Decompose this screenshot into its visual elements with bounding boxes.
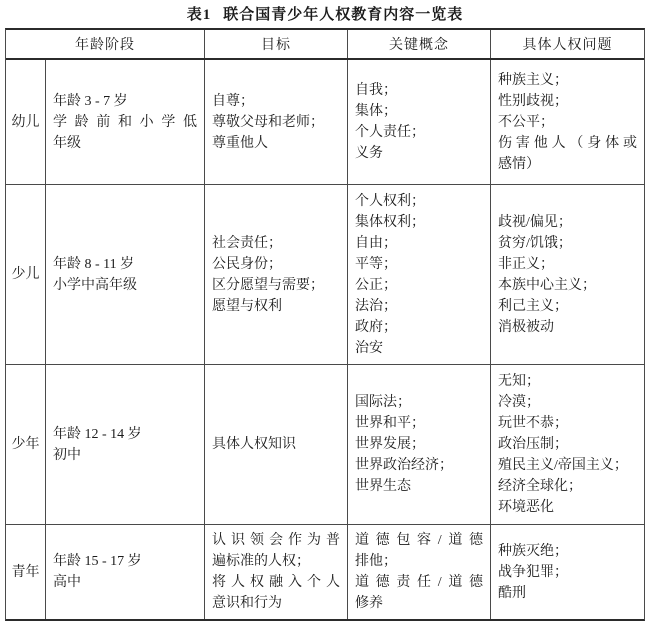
cell-line: 学龄前和小学低 — [53, 112, 197, 133]
header-goal: 目标 — [204, 30, 347, 58]
table: 年龄阶段 目标 关键概念 具体人权问题 幼儿年龄 3 - 7 岁学龄前和小学低年… — [5, 28, 645, 621]
cell-line: 意识和行为 — [212, 593, 340, 614]
cell-line: 道德包容/道德 — [355, 530, 483, 551]
cell-line: 种族主义； — [498, 70, 637, 91]
cell-line: 歧视/偏见； — [498, 212, 637, 233]
cell-line: 尊敬父母和老师； — [212, 112, 340, 133]
cell-line: 感情） — [498, 154, 637, 175]
cell-line: 将人权融入个人 — [212, 572, 340, 593]
cell-goal: 具体人权知识 — [204, 365, 347, 524]
header-key-concepts: 关键概念 — [347, 30, 490, 58]
cell-age: 年龄 12 - 14 岁初中 — [45, 365, 204, 524]
cell-line: 具体人权知识 — [212, 434, 340, 455]
table-row: 幼儿年龄 3 - 7 岁学龄前和小学低年级自尊；尊敬父母和老师；尊重他人自我；集… — [6, 60, 644, 185]
header-age-stage: 年龄阶段 — [6, 30, 204, 58]
cell-goal: 自尊；尊敬父母和老师；尊重他人 — [204, 60, 347, 184]
cell-line: 经济全球化； — [498, 476, 637, 497]
cell-line: 消极被动 — [498, 317, 637, 338]
cell-line: 本族中心主义； — [498, 275, 637, 296]
cell-line: 法治； — [355, 296, 483, 317]
cell-age: 年龄 15 - 17 岁高中 — [45, 525, 204, 619]
stage-text: 少年 — [12, 434, 40, 455]
cell-line: 政府； — [355, 317, 483, 338]
cell-line: 殖民主义/帝国主义； — [498, 455, 637, 476]
cell-age: 年龄 3 - 7 岁学龄前和小学低年级 — [45, 60, 204, 184]
cell-line: 战争犯罪； — [498, 562, 637, 583]
cell-issue: 种族主义；性别歧视；不公平；伤害他人（身体或感情） — [490, 60, 644, 184]
cell-line: 愿望与权利 — [212, 296, 340, 317]
cell-line: 小学中高年级 — [53, 275, 197, 296]
cell-issue: 无知；冷漠；玩世不恭；政治压制；殖民主义/帝国主义；经济全球化；环境恶化 — [490, 365, 644, 524]
cell-line: 初中 — [53, 445, 197, 466]
cell-concept: 个人权利；集体权利；自由；平等；公正；法治；政府；治安 — [347, 185, 490, 364]
cell-line: 环境恶化 — [498, 497, 637, 518]
cell-line: 不公平； — [498, 112, 637, 133]
table-header-row: 年龄阶段 目标 关键概念 具体人权问题 — [6, 30, 644, 60]
row-stage-label: 幼儿 — [6, 60, 45, 184]
row-stage-label: 少年 — [6, 365, 45, 524]
cell-concept: 道德包容/道德排他；道德责任/道德修养 — [347, 525, 490, 619]
cell-line: 世界政治经济； — [355, 455, 483, 476]
cell-line: 义务 — [355, 143, 483, 164]
cell-line: 伤害他人（身体或 — [498, 133, 637, 154]
table-title-tag: 表1 — [187, 7, 212, 23]
cell-line: 自尊； — [212, 91, 340, 112]
cell-line: 年龄 8 - 11 岁 — [53, 254, 197, 275]
table-row: 青年年龄 15 - 17 岁高中认识领会作为普遍标准的人权；将人权融入个人意识和… — [6, 525, 644, 619]
cell-line: 修养 — [355, 593, 483, 614]
cell-line: 世界生态 — [355, 476, 483, 497]
table-title: 表1联合国青少年人权教育内容一览表 — [0, 0, 650, 23]
cell-line: 集体； — [355, 101, 483, 122]
cell-line: 贫穷/饥饿； — [498, 233, 637, 254]
cell-line: 年级 — [53, 133, 197, 154]
cell-line: 自由； — [355, 233, 483, 254]
cell-age: 年龄 8 - 11 岁小学中高年级 — [45, 185, 204, 364]
cell-line: 世界和平； — [355, 413, 483, 434]
cell-line: 社会责任； — [212, 233, 340, 254]
cell-line: 高中 — [53, 572, 197, 593]
cell-line: 公民身份； — [212, 254, 340, 275]
cell-line: 个人责任； — [355, 122, 483, 143]
cell-line: 尊重他人 — [212, 133, 340, 154]
cell-line: 认识领会作为普 — [212, 530, 340, 551]
row-stage-label: 少儿 — [6, 185, 45, 364]
header-specific-hr-issues: 具体人权问题 — [490, 30, 644, 58]
cell-line: 区分愿望与需要； — [212, 275, 340, 296]
cell-line: 酷刑 — [498, 583, 637, 604]
cell-line: 国际法； — [355, 392, 483, 413]
cell-line: 遍标准的人权； — [212, 551, 340, 572]
cell-concept: 国际法；世界和平；世界发展；世界政治经济；世界生态 — [347, 365, 490, 524]
cell-line: 利己主义； — [498, 296, 637, 317]
table-row: 少儿年龄 8 - 11 岁小学中高年级社会责任；公民身份；区分愿望与需要；愿望与… — [6, 185, 644, 365]
cell-line: 非正义； — [498, 254, 637, 275]
table-body: 幼儿年龄 3 - 7 岁学龄前和小学低年级自尊；尊敬父母和老师；尊重他人自我；集… — [6, 60, 644, 619]
stage-text: 少儿 — [12, 264, 40, 285]
cell-line: 年龄 3 - 7 岁 — [53, 91, 197, 112]
cell-goal: 认识领会作为普遍标准的人权；将人权融入个人意识和行为 — [204, 525, 347, 619]
cell-line: 年龄 12 - 14 岁 — [53, 424, 197, 445]
table-title-text: 联合国青少年人权教育内容一览表 — [223, 7, 463, 23]
page: 表1联合国青少年人权教育内容一览表 年龄阶段 目标 关键概念 具体人权问题 幼儿… — [0, 0, 650, 626]
row-stage-label: 青年 — [6, 525, 45, 619]
cell-line: 个人权利； — [355, 191, 483, 212]
cell-goal: 社会责任；公民身份；区分愿望与需要；愿望与权利 — [204, 185, 347, 364]
cell-issue: 种族灭绝；战争犯罪；酷刑 — [490, 525, 644, 619]
cell-line: 世界发展； — [355, 434, 483, 455]
cell-line: 公正； — [355, 275, 483, 296]
cell-concept: 自我；集体；个人责任；义务 — [347, 60, 490, 184]
table-row: 少年年龄 12 - 14 岁初中具体人权知识国际法；世界和平；世界发展；世界政治… — [6, 365, 644, 525]
cell-line: 集体权利； — [355, 212, 483, 233]
stage-text: 幼儿 — [12, 112, 40, 133]
cell-line: 性别歧视； — [498, 91, 637, 112]
cell-line: 平等； — [355, 254, 483, 275]
cell-line: 玩世不恭； — [498, 413, 637, 434]
cell-line: 年龄 15 - 17 岁 — [53, 551, 197, 572]
cell-line: 冷漠； — [498, 392, 637, 413]
cell-line: 治安 — [355, 338, 483, 359]
cell-line: 自我； — [355, 80, 483, 101]
cell-line: 种族灭绝； — [498, 541, 637, 562]
cell-line: 政治压制； — [498, 434, 637, 455]
stage-text: 青年 — [12, 562, 40, 583]
cell-line: 道德责任/道德 — [355, 572, 483, 593]
cell-line: 无知； — [498, 371, 637, 392]
cell-line: 排他； — [355, 551, 483, 572]
cell-issue: 歧视/偏见；贫穷/饥饿；非正义；本族中心主义；利己主义；消极被动 — [490, 185, 644, 364]
